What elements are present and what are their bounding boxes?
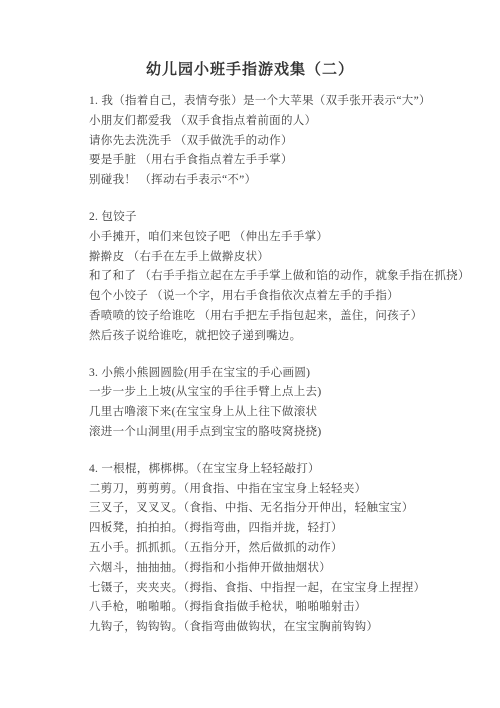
text-line: 3. 小熊小熊圆圆脸(用手在宝宝的手心画圆) [89,364,445,384]
game-1-big-apple: 1. 我（指着自己，表情夸张）是一个大苹果（双手张开表示“大”）小朋友们都爱我 … [89,92,445,191]
document-page: 幼儿园小班手指游戏集（二） 1. 我（指着自己，表情夸张）是一个大苹果（双手张开… [0,0,500,708]
text-line: 包个小饺子 （说一个字，用右手食指依次点着左手的手指） [89,287,445,307]
text-line: 要是手脏 （用右手食指点着左手手掌） [89,151,445,171]
text-line: 小手摊开，咱们来包饺子吧 （伸出左手手掌） [89,228,445,248]
game-3-little-bear: 3. 小熊小熊圆圆脸(用手在宝宝的手心画圆)一步一步上上坡(从宝宝的手往手臂上点… [89,364,445,443]
text-line: 四板凳，拍拍拍。（拇指弯曲，四指并拢，轻打） [89,519,445,539]
text-line: 五小手。抓抓抓。（五指分开，然后做抓的动作） [89,539,445,559]
text-line: 几里古噜滚下来(在宝宝身上从上往下做滚状 [89,403,445,423]
text-line: 擀擀皮 （右手在左手上做擀皮状） [89,248,445,268]
text-line: 九钩子，钩钩钩。（食指弯曲做钩状，在宝宝胸前钩钩） [89,618,445,638]
text-line: 4. 一根棍，梆梆梆。（在宝宝身上轻轻敲打） [89,460,445,480]
text-line: 七镊子，夹夹夹。（拇指、食指、中指捏一起，在宝宝身上捏捏） [89,579,445,599]
text-line: 然后孩子说给谁吃，就把饺子递到嘴边。 [89,327,445,347]
text-line: 1. 我（指着自己，表情夸张）是一个大苹果（双手张开表示“大”） [89,92,445,112]
text-line: 滚进一个山洞里(用手点到宝宝的胳吱窝挠挠) [89,423,445,443]
game-2-make-dumplings: 2. 包饺子小手摊开，咱们来包饺子吧 （伸出左手手掌）擀擀皮 （右手在左手上做擀… [89,208,445,347]
game-4-counting-rhyme: 4. 一根棍，梆梆梆。（在宝宝身上轻轻敲打）二剪刀，剪剪剪。（用食指、中指在宝宝… [89,460,445,638]
text-line: 请你先去洗洗手 （双手做洗手的动作） [89,132,445,152]
text-line: 香喷喷的饺子给谁吃 （用右手把左手指包起来，盖住，问孩子） [89,307,445,327]
text-line: 别碰我！ （挥动右手表示“不”） [89,171,445,191]
text-line: 八手枪，啪啪啪。（拇指食指做手枪状，啪啪啪射击） [89,598,445,618]
document-body: 1. 我（指着自己，表情夸张）是一个大苹果（双手张开表示“大”）小朋友们都爱我 … [89,92,445,638]
text-line: 六烟斗，抽抽抽。（拇指和小指伸开做抽烟状） [89,559,445,579]
text-line: 二剪刀，剪剪剪。（用食指、中指在宝宝身上轻轻夹） [89,480,445,500]
text-line: 小朋友们都爱我 （双手食指点着前面的人） [89,112,445,132]
page-title: 幼儿园小班手指游戏集（二） [0,0,500,79]
text-line: 和了和了 （右手手指立起在左手手掌上做和馅的动作，就象手指在抓挠） [89,267,445,287]
text-line: 一步一步上上坡(从宝宝的手往手臂上点上去) [89,383,445,403]
text-line: 2. 包饺子 [89,208,445,228]
text-line: 三叉子，叉叉叉。（食指、中指、无名指分开伸出，轻触宝宝） [89,499,445,519]
